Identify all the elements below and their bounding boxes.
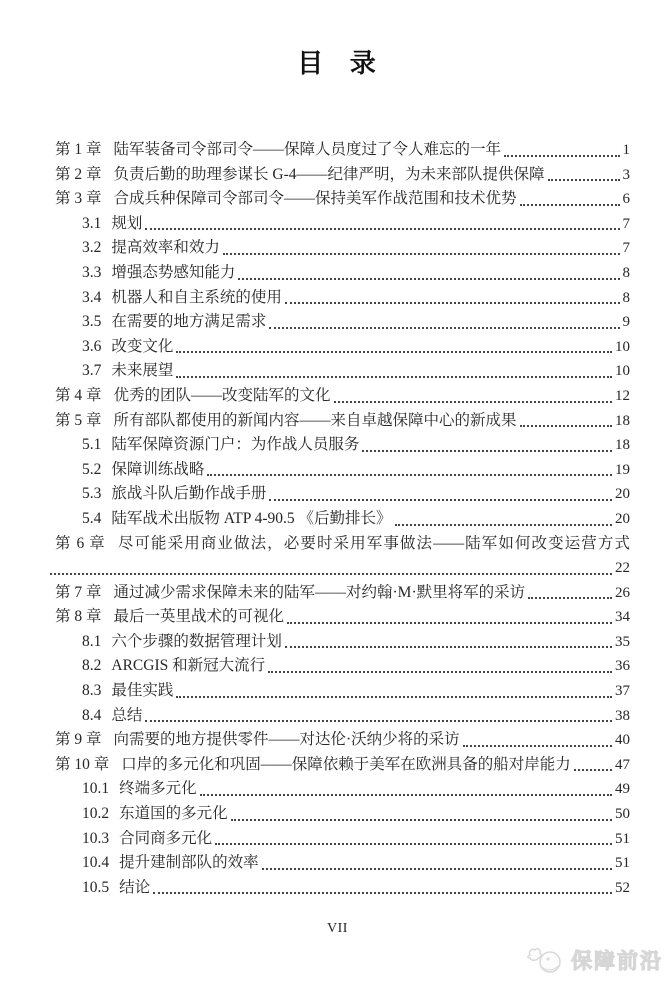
toc-entry-title: 终端多元化	[119, 777, 197, 802]
dot-leader	[520, 425, 612, 427]
toc-entry-title: 最佳实践	[111, 679, 173, 704]
toc-entry: 3.4机器人和自主系统的使用8	[45, 286, 630, 311]
toc-entry: 3.5在需要的地方满足需求9	[45, 310, 630, 335]
toc-entry: 第 8 章最后一英里战术的可视化34	[45, 605, 630, 630]
dot-leader	[215, 843, 612, 845]
toc-entry-page: 3	[623, 163, 631, 188]
toc-entry-page: 8	[623, 286, 631, 311]
toc-entry-title: 总结	[111, 704, 142, 729]
toc-entry-label: 3.2	[82, 236, 101, 261]
dove-logo-icon	[524, 945, 566, 975]
dot-leader	[238, 278, 619, 280]
toc-entry-label: 3.7	[82, 359, 101, 384]
toc-entry-page: 26	[615, 581, 630, 606]
toc-entry-title: 机器人和自主系统的使用	[111, 286, 282, 311]
toc-entry: 10.1终端多元化49	[45, 777, 630, 802]
page-title: 目 录	[45, 49, 630, 79]
dot-leader	[176, 351, 612, 353]
toc-entry-label: 10.5	[82, 876, 109, 901]
toc-entry: 3.3增强态势感知能力8	[45, 261, 630, 286]
toc-entry-label: 10.4	[82, 851, 109, 876]
toc-entry-title: 未来展望	[111, 359, 173, 384]
toc-entry: 第 6 章尽可能采用商业做法，必要时采用军事做法——陆军如何改变运营方式	[45, 532, 630, 557]
toc-entry-title: 负责后勤的助理参谋长 G-4——纪律严明，为未来部队提供保障	[114, 163, 545, 188]
toc-entry-title: 提高效率和效力	[111, 236, 220, 261]
toc-entry-page: 52	[615, 876, 630, 901]
toc-entry-label: 第 6 章	[55, 535, 106, 552]
toc-entry-title: 结论	[119, 876, 150, 901]
toc-entry-page: 35	[615, 630, 630, 655]
toc-entry-title: 陆军保障资源门户：为作战人员服务	[111, 433, 359, 458]
toc-entry-page: 6	[623, 187, 631, 212]
toc-entry-page: 9	[623, 310, 631, 335]
toc-entry-label: 3.5	[82, 310, 101, 335]
toc-entry-label: 3.6	[82, 335, 101, 360]
dot-leader	[285, 646, 612, 648]
toc-entry-continuation: 22	[45, 556, 630, 581]
toc-entry-label: 10.2	[82, 802, 109, 827]
toc-entry-page: 19	[615, 458, 630, 483]
toc-entry-title: 通过减少需求保障未来的陆军——对约翰·M·默里将军的采访	[114, 581, 526, 606]
toc-entry-title: 口岸的多元化和巩固——保障依赖于美军在欧洲具备的船对岸能力	[121, 753, 571, 778]
toc-entry-label: 8.3	[82, 679, 101, 704]
toc-entry: 5.1陆军保障资源门户：为作战人员服务18	[45, 433, 630, 458]
toc-entry: 第 7 章通过减少需求保障未来的陆军——对约翰·M·默里将军的采访26	[45, 581, 630, 606]
toc-entry: 10.3合同商多元化51	[45, 827, 630, 852]
toc-entry: 第 2 章负责后勤的助理参谋长 G-4——纪律严明，为未来部队提供保障3	[45, 163, 630, 188]
toc-entry-page: 7	[623, 236, 631, 261]
dot-leader	[334, 401, 612, 403]
toc-entry-page: 38	[615, 704, 630, 729]
toc-entry-label: 5.4	[82, 507, 101, 532]
dot-leader	[145, 228, 619, 230]
toc-entry-label: 第 10 章	[55, 753, 109, 778]
toc-entry-page: 18	[615, 409, 630, 434]
toc-entry-label: 第 7 章	[55, 581, 102, 606]
toc-entry-label: 5.3	[82, 482, 101, 507]
toc-entry: 3.1规划7	[45, 212, 630, 237]
toc-entry-title: 六个步骤的数据管理计划	[111, 630, 282, 655]
toc-entry: 第 10 章口岸的多元化和巩固——保障依赖于美军在欧洲具备的船对岸能力47	[45, 753, 630, 778]
toc-entry: 第 1 章陆军装备司令部司令——保障人员度过了令人难忘的一年1	[45, 138, 630, 163]
toc-entry-label: 3.1	[82, 212, 101, 237]
toc-entry-label: 8.1	[82, 630, 101, 655]
dot-leader	[395, 524, 612, 526]
toc-entry-page: 20	[615, 482, 630, 507]
document-page: 目 录 第 1 章陆军装备司令部司令——保障人员度过了令人难忘的一年1第 2 章…	[0, 0, 668, 984]
toc-entry-page: 22	[615, 556, 630, 581]
toc-entry: 3.7未来展望10	[45, 359, 630, 384]
toc-entry-page: 51	[615, 851, 630, 876]
toc-entry-label: 第 2 章	[55, 163, 102, 188]
dot-leader	[231, 819, 612, 821]
toc-entry: 5.4陆军战术出版物 ATP 4-90.5 《后勤排长》20	[45, 507, 630, 532]
toc-entry-page: 8	[623, 261, 631, 286]
toc-entry-label: 第 8 章	[55, 605, 102, 630]
toc-entry-title: 尽可能采用商业做法，必要时采用军事做法——陆军如何改变运营方式	[118, 535, 630, 552]
dot-leader	[574, 769, 612, 771]
dot-leader	[269, 499, 612, 501]
dot-leader	[200, 794, 612, 796]
toc-entry-title: 陆军战术出版物 ATP 4-90.5 《后勤排长》	[111, 507, 391, 532]
toc-entry-label: 3.4	[82, 286, 101, 311]
toc-entry-label: 第 9 章	[55, 728, 102, 753]
toc-entry-title: 保障训练战略	[111, 458, 204, 483]
toc-entry-title: 东道国的多元化	[119, 802, 228, 827]
toc-entry-title: 所有部队都使用的新闻内容——来自卓越保障中心的新成果	[114, 409, 517, 434]
toc-entry: 5.2保障训练战略19	[45, 458, 630, 483]
toc-entry: 8.4总结38	[45, 704, 630, 729]
toc-entry-page: 40	[615, 728, 630, 753]
watermark-text: 保障前沿	[571, 945, 663, 975]
toc-entry: 8.1六个步骤的数据管理计划35	[45, 630, 630, 655]
toc-entry-label: 3.3	[82, 261, 101, 286]
dot-leader	[176, 696, 612, 698]
toc-entry-page: 20	[615, 507, 630, 532]
dot-leader	[262, 868, 612, 870]
toc-entry-label: 第 5 章	[55, 409, 102, 434]
toc-entry-label: 10.3	[82, 827, 109, 852]
toc-entry-page: 47	[615, 753, 630, 778]
toc-entry-title: 合同商多元化	[119, 827, 212, 852]
toc-entry-title: 旅战斗队后勤作战手册	[111, 482, 266, 507]
toc-entry-label: 8.2	[82, 654, 101, 679]
watermark: 保障前沿	[524, 945, 663, 975]
toc-entry-label: 第 3 章	[55, 187, 102, 212]
dot-leader	[269, 327, 619, 329]
toc-entry-title: 在需要的地方满足需求	[111, 310, 266, 335]
toc-entry-label: 5.1	[82, 433, 101, 458]
toc-entry: 第 3 章合成兵种保障司令部司令——保持美军作战范围和技术优势6	[45, 187, 630, 212]
document-content: 目 录 第 1 章陆军装备司令部司令——保障人员度过了令人难忘的一年1第 2 章…	[0, 0, 668, 937]
toc-entry-page: 51	[615, 827, 630, 852]
toc-entry: 第 5 章所有部队都使用的新闻内容——来自卓越保障中心的新成果18	[45, 409, 630, 434]
toc-entry-label: 8.4	[82, 704, 101, 729]
dot-leader	[528, 597, 612, 599]
toc-entry-page: 7	[623, 212, 631, 237]
dot-leader	[176, 376, 612, 378]
toc-entry: 3.2提高效率和效力7	[45, 236, 630, 261]
toc-entry-title: 陆军装备司令部司令——保障人员度过了令人难忘的一年	[114, 138, 502, 163]
toc-entry-title: ARCGIS 和新冠大流行	[111, 654, 265, 679]
toc-entry-title: 增强态势感知能力	[111, 261, 235, 286]
dot-leader	[145, 720, 612, 722]
toc-entry-title: 最后一英里战术的可视化	[114, 605, 285, 630]
toc-entry-page: 36	[615, 654, 630, 679]
toc-entry-page: 34	[615, 605, 630, 630]
toc-entry-title: 改变文化	[111, 335, 173, 360]
toc-entry: 10.2东道国的多元化50	[45, 802, 630, 827]
dot-leader	[520, 204, 620, 206]
toc-entry: 第 4 章优秀的团队——改变陆军的文化12	[45, 384, 630, 409]
toc-entry-page: 37	[615, 679, 630, 704]
toc-entry-page: 18	[615, 433, 630, 458]
toc-entry: 5.3旅战斗队后勤作战手册20	[45, 482, 630, 507]
dot-leader	[504, 155, 619, 157]
toc-entry-page: 50	[615, 802, 630, 827]
dot-leader	[50, 573, 612, 575]
dot-leader	[223, 253, 620, 255]
toc-entry: 10.5结论52	[45, 876, 630, 901]
toc-entry-title: 合成兵种保障司令部司令——保持美军作战范围和技术优势	[114, 187, 517, 212]
toc-entry: 8.2ARCGIS 和新冠大流行36	[45, 654, 630, 679]
dot-leader	[287, 622, 612, 624]
dot-leader	[463, 745, 612, 747]
toc-entry-title: 向需要的地方提供零件——对达伦·沃纳少将的采访	[114, 728, 460, 753]
dot-leader	[268, 671, 612, 673]
toc-entry-page: 49	[615, 777, 630, 802]
dot-leader	[153, 892, 612, 894]
toc-entry: 第 9 章向需要的地方提供零件——对达伦·沃纳少将的采访40	[45, 728, 630, 753]
toc-entry-label: 第 4 章	[55, 384, 102, 409]
dot-leader	[548, 179, 620, 181]
toc-list: 第 1 章陆军装备司令部司令——保障人员度过了令人难忘的一年1第 2 章负责后勤…	[45, 138, 630, 900]
toc-entry-title: 优秀的团队——改变陆军的文化	[114, 384, 331, 409]
toc-entry-title: 提升建制部队的效率	[119, 851, 259, 876]
toc-entry: 3.6改变文化10	[45, 335, 630, 360]
dot-leader	[207, 474, 612, 476]
toc-entry-title: 规划	[111, 212, 142, 237]
toc-entry: 10.4提升建制部队的效率51	[45, 851, 630, 876]
toc-entry-page: 10	[615, 359, 630, 384]
toc-entry-label: 第 1 章	[55, 138, 102, 163]
toc-entry-page: 12	[615, 384, 630, 409]
toc-entry-label: 10.1	[82, 777, 109, 802]
toc-entry-label: 5.2	[82, 458, 101, 483]
toc-entry-page: 1	[623, 138, 631, 163]
dot-leader	[285, 302, 620, 304]
dot-leader	[362, 450, 612, 452]
toc-entry-page: 10	[615, 335, 630, 360]
page-number-footer: VII	[45, 921, 630, 937]
toc-entry: 8.3最佳实践37	[45, 679, 630, 704]
